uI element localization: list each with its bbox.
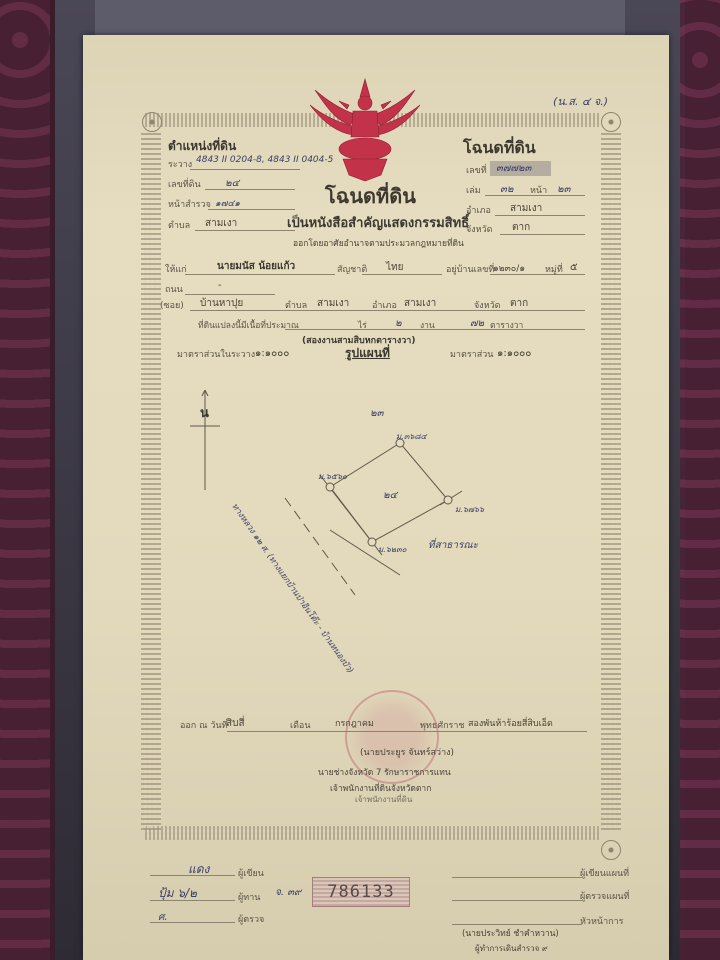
signatory-title: นายช่างจังหวัด 7 รักษาราชการแทน bbox=[318, 765, 451, 779]
survey-page-label: หน้าสำรวจ bbox=[168, 197, 211, 211]
marker-right: ม.๖๗๖๖ bbox=[455, 503, 484, 516]
map-sheet-label: ระวาง bbox=[168, 157, 192, 171]
wa-value: ๗๒ bbox=[470, 316, 484, 331]
owner-district-value: สามเงา bbox=[404, 296, 436, 311]
ngan-value: ๒ bbox=[395, 316, 402, 331]
chief-name: (นายประวิทย์ ชำคำหวาน) bbox=[462, 926, 559, 940]
parcel-no-label: เลขที่ดิน bbox=[168, 177, 201, 191]
north-neighbor: ๒๓ bbox=[370, 406, 383, 421]
district-value: สามเงา bbox=[510, 201, 542, 216]
road-value: - bbox=[218, 280, 222, 291]
form-code: (น.ส. ๔ จ.) bbox=[553, 92, 608, 110]
address-label: อยู่บ้านเลขที่ bbox=[446, 262, 494, 276]
security-border-right bbox=[601, 130, 621, 830]
soi-label: (ซอย) bbox=[160, 298, 184, 312]
issued-under-text: ออกโดยอาศัยอำนาจตามประมวลกฎหมายที่ดิน bbox=[293, 236, 464, 250]
map-writer-label: ผู้เขียนแผนที่ bbox=[580, 866, 629, 880]
year-label: พุทธศักราช bbox=[420, 718, 465, 732]
map-checker-label: ผู้ตรวจแผนที่ bbox=[580, 889, 629, 903]
owner-to-label: ให้แก่ bbox=[165, 262, 187, 276]
district-label: อำเภอ bbox=[466, 203, 491, 217]
owner-name: นายมนัส น้อยแก้ว bbox=[217, 259, 295, 274]
issued-day: สิบสี่ bbox=[226, 716, 245, 731]
scale-left-value: ๑:๑๐๐๐ bbox=[255, 346, 289, 361]
deed-heading: โฉนดที่ดิน bbox=[463, 136, 536, 161]
checker-label: ผู้ทาน bbox=[238, 890, 260, 904]
rai-label: ไร่ bbox=[358, 318, 367, 332]
writer-label: ผู้เขียน bbox=[238, 866, 264, 880]
garuda-emblem-icon bbox=[305, 75, 425, 185]
map-heading: รูปแผนที่ bbox=[345, 344, 390, 363]
backdrop-fabric-right bbox=[680, 0, 720, 960]
owner-subdistrict-value: สามเงา bbox=[317, 296, 349, 311]
owner-province-label: จังหวัด bbox=[474, 298, 501, 312]
moo-label: หมู่ที่ bbox=[545, 262, 563, 276]
village-value: บ้านหาปุย bbox=[200, 296, 243, 311]
writer-signature: แดง bbox=[188, 860, 209, 879]
deed-no-label: เลขที่ bbox=[466, 163, 487, 177]
map-sheet-value: 4843 II 0204-8, 4843 II 0404-5 bbox=[196, 155, 333, 165]
page-label: หน้า bbox=[530, 183, 547, 197]
inspector-signature: ศ. bbox=[158, 910, 168, 925]
reference-code: จ. ๓๙ bbox=[275, 885, 301, 900]
parcel-number: ๒๔ bbox=[383, 488, 397, 503]
corner-ornament-icon bbox=[142, 112, 162, 132]
marker-bottom: ม.๖๒๓๐ bbox=[378, 543, 407, 556]
north-label: น bbox=[200, 402, 209, 423]
owner-district-label: อำเภอ bbox=[372, 298, 397, 312]
book-value: ๓๒ bbox=[500, 182, 513, 197]
location-heading: ตำแหน่งที่ดิน bbox=[168, 137, 236, 156]
public-land-label: ที่สาธารณะ bbox=[428, 538, 478, 553]
book-label: เล่ม bbox=[466, 183, 481, 197]
nationality-value: ไทย bbox=[386, 260, 403, 275]
parcel-map bbox=[190, 390, 540, 610]
inspector-label: ผู้ตรวจ bbox=[238, 912, 264, 926]
house-no-value: ๑๒๓๐/๑ bbox=[493, 261, 525, 275]
checker-signature: ปุ้ม ๖/๒ bbox=[158, 884, 197, 903]
chief-label: หัวหน้าการ bbox=[580, 914, 623, 928]
deed-no-value: ๓๗๗๒๓ bbox=[490, 161, 551, 176]
backdrop-fabric-left bbox=[0, 0, 50, 960]
chief-title: ผู้ทำการเดินสำรวจ ๙ bbox=[475, 942, 548, 955]
sleeve-top-edge bbox=[95, 0, 625, 35]
owner-subdistrict-label: ตำบล bbox=[285, 298, 307, 312]
issued-month: กรกฎาคม bbox=[335, 716, 374, 730]
corner-ornament-icon bbox=[601, 112, 621, 132]
scale-right-value: ๑:๑๐๐๐ bbox=[497, 346, 531, 361]
page-value: ๒๓ bbox=[557, 182, 570, 197]
document-subtitle: เป็นหนังสือสำคัญแสดงกรรมสิทธิ์ bbox=[287, 212, 469, 233]
moo-value: ๕ bbox=[570, 260, 578, 275]
serial-number: 786133 bbox=[312, 877, 410, 907]
marker-top: ม.๓๖๘๔ bbox=[396, 430, 427, 443]
scale-left-label: มาตราส่วนในระวาง bbox=[177, 347, 255, 361]
wa-label: ตารางวา bbox=[490, 318, 523, 332]
province-label: จังหวัด bbox=[466, 222, 493, 236]
subdistrict-value: สามเงา bbox=[205, 216, 237, 231]
marker-left: ม.๖๕๖๐ bbox=[318, 470, 347, 483]
survey-page-value: ๑๗๔๑ bbox=[215, 196, 240, 210]
security-border-left bbox=[141, 130, 161, 830]
road-label: ถนน bbox=[165, 282, 183, 296]
subdistrict-label: ตำบล bbox=[168, 218, 190, 232]
month-label: เดือน bbox=[290, 718, 310, 732]
area-intro: ที่ดินแปลงนี้มีเนื้อที่ประมาณ bbox=[198, 318, 299, 332]
signatory-office-2: เจ้าพนักงานที่ดิน bbox=[355, 793, 412, 806]
signatory-name: (นายประยูร จันทร์สว่าง) bbox=[360, 745, 454, 759]
ngan-label: งาน bbox=[420, 318, 435, 332]
issued-label: ออก ณ วันที่ bbox=[180, 718, 227, 732]
document-title: โฉนดที่ดิน bbox=[325, 180, 416, 212]
security-border-bottom bbox=[145, 826, 600, 840]
scale-right-label: มาตราส่วน bbox=[450, 347, 493, 361]
corner-ornament-icon bbox=[601, 840, 621, 860]
province-value: ตาก bbox=[512, 220, 530, 235]
parcel-no-value: ๒๔ bbox=[225, 176, 239, 191]
issued-year: สองพันห้าร้อยสี่สิบเอ็ด bbox=[468, 716, 553, 730]
owner-province-value: ตาก bbox=[510, 296, 528, 311]
